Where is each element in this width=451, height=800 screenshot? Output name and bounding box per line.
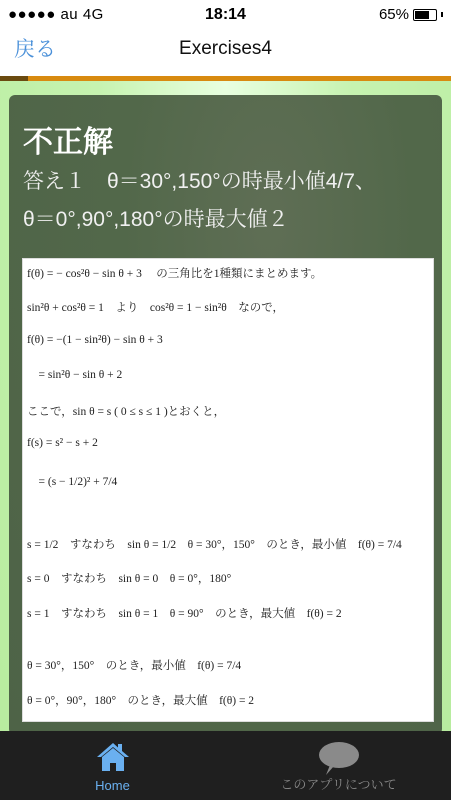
solution-line: f(s) = s² − s + 2 bbox=[27, 437, 98, 449]
solution-line: sin²θ + cos²θ = 1 より cos²θ = 1 − sin²θ な… bbox=[27, 299, 284, 315]
content-area: 不正解 答え１ θ＝30°,150°の時最小値4/7、 θ＝0°,90°,180… bbox=[0, 81, 451, 731]
solution-line: s = 1/2 すなわち sin θ = 1/2 θ = 30°，150° のと… bbox=[27, 536, 402, 552]
battery-status: 65% bbox=[379, 6, 443, 23]
solution-line: s = 1 すなわち sin θ = 1 θ = 90° のとき，最大値 f(θ… bbox=[27, 605, 342, 621]
tab-about[interactable]: このアプリについて bbox=[226, 731, 451, 800]
tab-bar: Home このアプリについて bbox=[0, 731, 451, 800]
tab-home-label: Home bbox=[0, 778, 225, 793]
result-card: 不正解 答え１ θ＝30°,150°の時最小値4/7、 θ＝0°,90°,180… bbox=[9, 95, 442, 735]
solution-line: f(θ) = −(1 − sin²θ) − sin θ + 3 bbox=[27, 334, 163, 346]
navigation-bar: 戻る Exercises4 bbox=[0, 30, 451, 76]
solution-line: θ = 30°，150° のとき，最小値 f(θ) = 7/4 bbox=[27, 657, 241, 673]
home-icon bbox=[95, 741, 131, 778]
battery-tip bbox=[441, 12, 443, 17]
answer-line-2: θ＝0°,90°,180°の時最大値２ bbox=[23, 203, 289, 233]
solution-line: = sin²θ − sin θ + 2 bbox=[27, 369, 122, 381]
result-title: 不正解 bbox=[23, 117, 113, 161]
solution-line: ここで，sin θ = s ( 0 ≤ s ≤ 1 )とおくと， bbox=[27, 403, 225, 419]
solution-line: θ = 0°，90°，180° のとき，最大値 f(θ) = 2 bbox=[27, 692, 254, 708]
battery-percent: 65% bbox=[379, 6, 409, 23]
status-bar: ●●●●● au 4G 18:14 65% bbox=[0, 0, 451, 30]
tab-about-label: このアプリについて bbox=[226, 774, 451, 793]
battery-icon bbox=[413, 9, 437, 21]
solution-line: = (s − 1/2)² + 7/4 bbox=[27, 476, 117, 488]
solution-image: f(θ) = − cos²θ − sin θ + 3 の三角比を1種類にまとめま… bbox=[22, 258, 434, 722]
answer-line-1: 答え１ θ＝30°,150°の時最小値4/7、 bbox=[23, 165, 376, 195]
tab-home[interactable]: Home bbox=[0, 731, 225, 800]
solution-line: s = 0 すなわち sin θ = 0 θ = 0°，180° bbox=[27, 570, 231, 586]
page-title: Exercises4 bbox=[0, 38, 451, 60]
solution-line: f(θ) = − cos²θ − sin θ + 3 の三角比を1種類にまとめま… bbox=[27, 265, 322, 281]
